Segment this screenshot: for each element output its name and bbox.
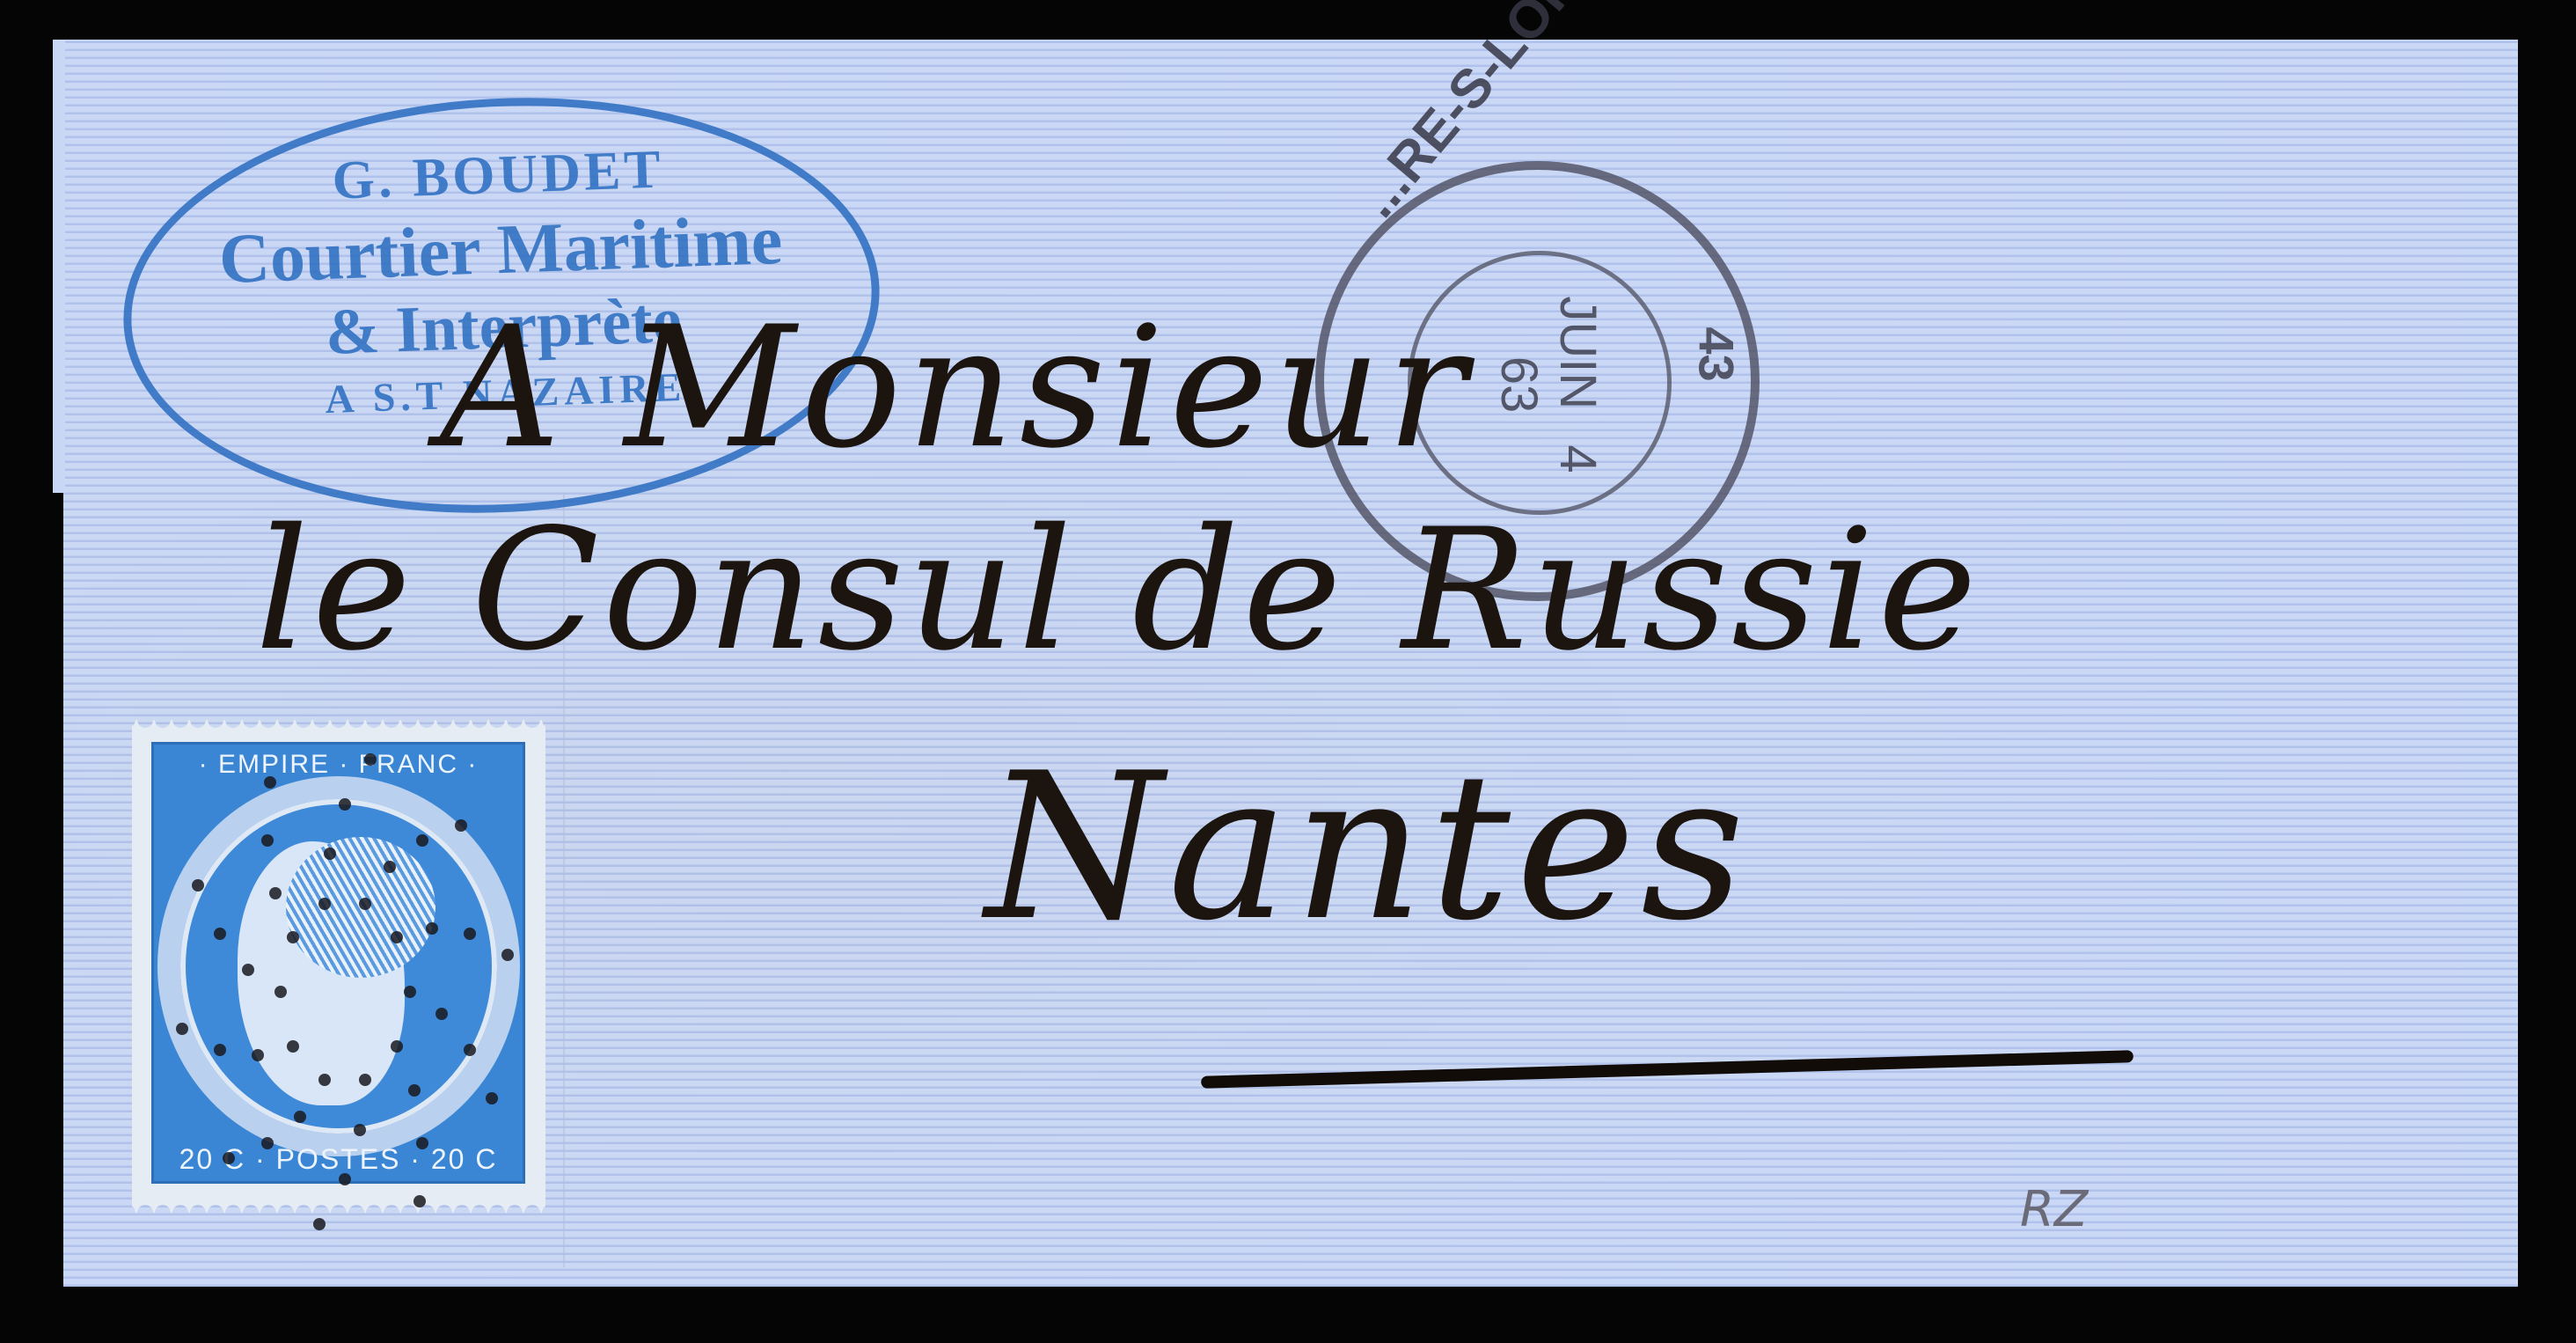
postmark-month: JUIN	[1548, 296, 1607, 409]
letter-flap-edge	[53, 40, 65, 493]
cancel-dot	[339, 1173, 351, 1185]
address-line-salutation: A Monsieur	[440, 290, 1472, 485]
cancel-dot	[404, 986, 416, 998]
stamp-bottom-inscription: 20 C · POSTES · 20 C	[154, 1143, 523, 1176]
cancel-dot	[359, 898, 371, 910]
cancel-dot	[261, 834, 274, 847]
cancel-dot	[252, 1049, 264, 1061]
cancel-dot	[223, 1152, 235, 1164]
cancel-dot	[274, 986, 287, 998]
cancel-dot	[324, 848, 336, 860]
cancel-dot	[416, 834, 428, 847]
cancel-dot	[435, 1008, 448, 1020]
postmark-date: JUIN 4 63	[1489, 270, 1607, 499]
cancel-dot	[214, 1044, 226, 1056]
address-line-recipient: le Consul de Russie	[255, 493, 1980, 687]
cancel-dot	[313, 1218, 326, 1230]
postmark-day: 4	[1548, 444, 1607, 473]
postage-stamp: · EMPIRE · FRANC · 20 C · POSTES · 20 C	[151, 742, 525, 1184]
cancel-dot	[464, 1044, 476, 1056]
postmark-year: 63	[1489, 356, 1548, 414]
cancel-dot	[486, 1092, 498, 1104]
address-line-city: Nantes	[985, 730, 1750, 965]
cancel-dot	[426, 922, 438, 935]
cancel-dot	[464, 928, 476, 940]
cancel-dot	[269, 887, 282, 899]
cancel-dot	[287, 1040, 299, 1053]
stamp-top-inscription: · EMPIRE · FRANC ·	[154, 750, 523, 780]
cancel-dot	[501, 949, 514, 961]
postmark-department: 43	[1688, 327, 1745, 381]
cancel-dot	[339, 798, 351, 811]
cancel-dot	[413, 1195, 426, 1207]
pencil-note: RZ	[2020, 1181, 2088, 1238]
cancel-dot	[384, 861, 396, 873]
cancel-dot	[359, 1074, 371, 1086]
cancel-dot	[287, 931, 299, 943]
cancel-dot	[416, 1137, 428, 1149]
